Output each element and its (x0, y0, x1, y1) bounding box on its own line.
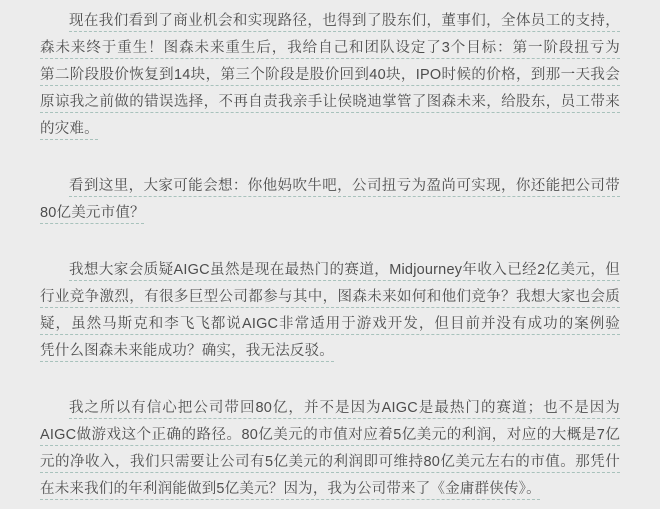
article-page: 现在我们看到了商业机会和实现路径，也得到了股东们，董事们，全体员工的支持，图森未… (0, 0, 660, 509)
text-line: 看到这里，大家可能会想：你他妈吹牛吧，公司扭亏为盈尚可实现，你还能把公司带回 (40, 173, 620, 200)
text-line: 在未来我们的年利润能做到5亿美元？因为，我为公司带来了《金庸群侠传》。 (40, 476, 620, 503)
text-line: 森未来终于重生！图森未来重生后，我给自己和团队设定了3个目标：第一阶段扭亏为盈， (40, 35, 620, 62)
text-line: 的灾难。 (40, 116, 620, 143)
paragraph: 现在我们看到了商业机会和实现路径，也得到了股东们，董事们，全体员工的支持，图森未… (40, 8, 620, 143)
text-line: 第二阶段股价恢复到14块，第三个阶段是股价回到40块，IPO时候的价格，到那一天… (40, 62, 620, 89)
text-line: 我之所以有信心把公司带回80亿，并不是因为AIGC是最热门的赛道；也不是因为 (40, 395, 620, 422)
text-line: 80亿美元市值？ (40, 200, 620, 227)
article-body: 现在我们看到了商业机会和实现路径，也得到了股东们，董事们，全体员工的支持，图森未… (0, 0, 660, 503)
paragraph: 看到这里，大家可能会想：你他妈吹牛吧，公司扭亏为盈尚可实现，你还能把公司带回80… (40, 173, 620, 227)
text-line: 行业竞争激烈，有很多巨型公司都参与其中，图森未来如何和他们竞争？我想大家也会质 (40, 284, 620, 311)
text-line: 凭什么图森未来能成功？确实，我无法反驳。 (40, 338, 620, 365)
paragraph: 我之所以有信心把公司带回80亿，并不是因为AIGC是最热门的赛道；也不是因为AI… (40, 395, 620, 503)
paragraph: 我想大家会质疑AIGC虽然是现在最热门的赛道，Midjourney年收入已经2亿… (40, 257, 620, 365)
text-line: 元的净收入，我们只需要让公司有5亿美元的利润即可维持80亿美元左右的市值。那凭什… (40, 449, 620, 476)
text-line: 原谅我之前做的错误选择，不再自责我亲手让侯晓迪掌管了图森未来，给股东，员工带来 (40, 89, 620, 116)
text-line: 现在我们看到了商业机会和实现路径，也得到了股东们，董事们，全体员工的支持，图 (40, 8, 620, 35)
text-line: 疑，虽然马斯克和李飞飞都说AIGC非常适用于游戏开发，但目前并没有成功的案例验证… (40, 311, 620, 338)
text-line: 我想大家会质疑AIGC虽然是现在最热门的赛道，Midjourney年收入已经2亿… (40, 257, 620, 284)
text-line: AIGC做游戏这个正确的路径。80亿美元的市值对应着5亿美元的利润，对应的大概是… (40, 422, 620, 449)
